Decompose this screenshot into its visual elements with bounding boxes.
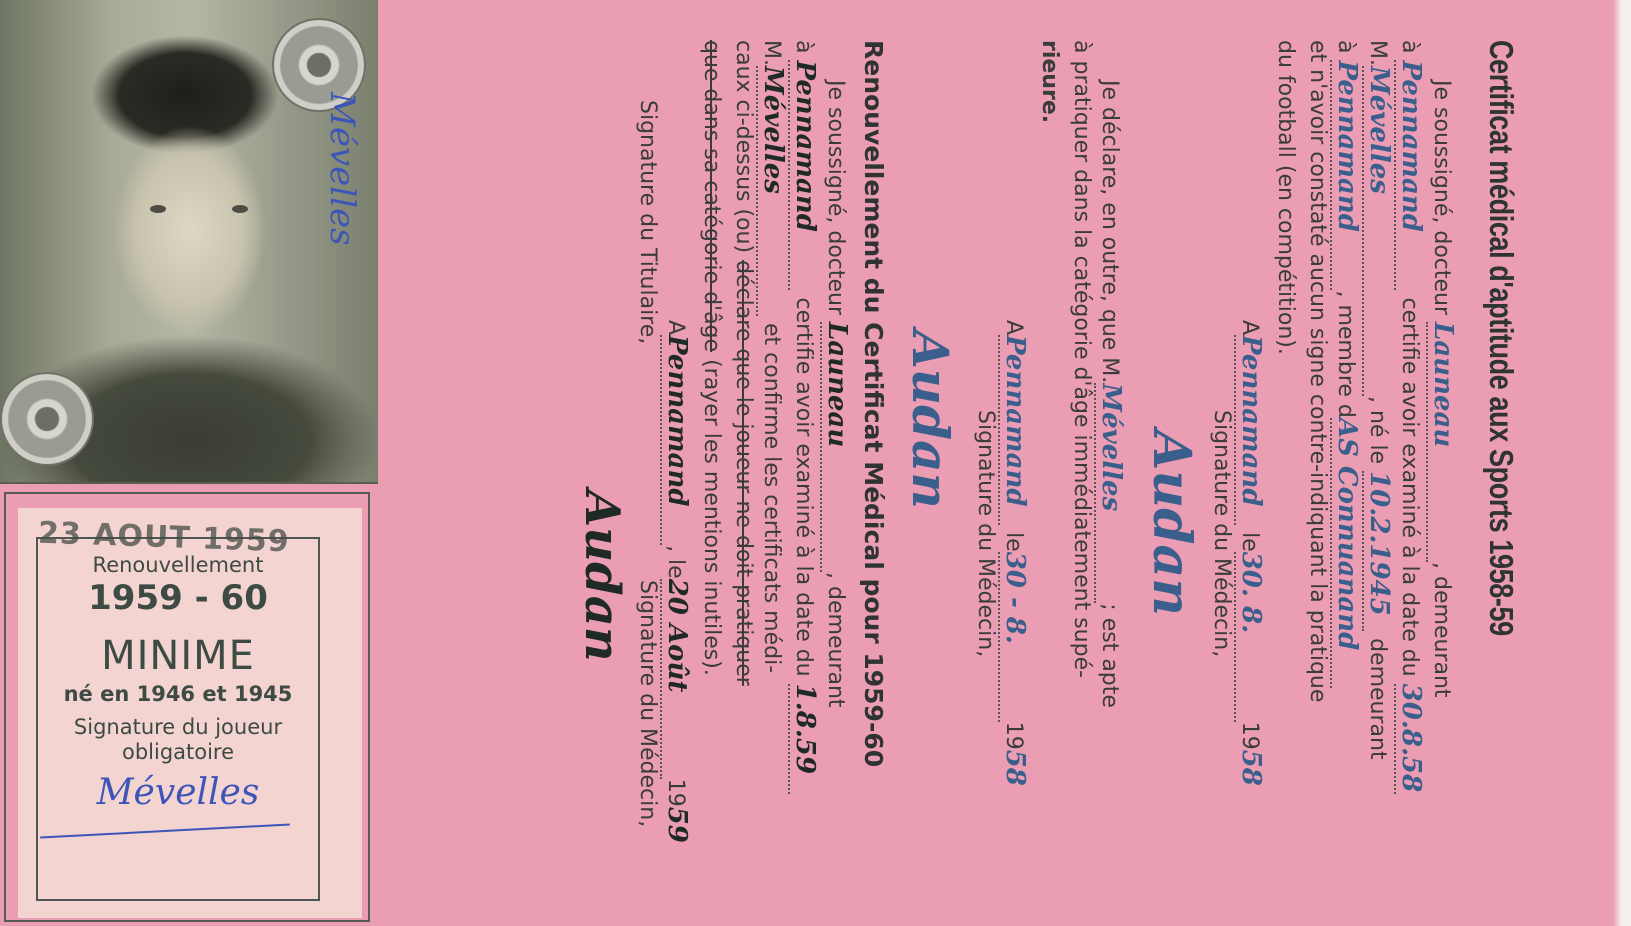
card-edge — [1613, 0, 1622, 926]
doctor-signature-label: Signature du Médecin, — [1209, 410, 1234, 657]
player-city-field: Pennamand — [1330, 60, 1362, 290]
signing-place-field: Pennamand — [1234, 335, 1266, 525]
renewal-player-field: Mévelles — [756, 66, 788, 316]
declaration-line-3: rieure. — [1037, 40, 1062, 123]
cert-line-5: et n'avoir constaté aucun signe contre-i… — [1305, 40, 1330, 702]
cert-line-1: Je soussigné, docteur Launeau, demeurant — [1426, 80, 1458, 698]
doctor-city-field: Pennamand — [1394, 60, 1426, 290]
doctor-name-field: Launeau — [1426, 322, 1458, 562]
player-name-field: Mévelles — [1362, 66, 1394, 396]
doctor-signature: Audan — [1141, 430, 1202, 616]
holder-signature-label: Signature du Titulaire, — [635, 100, 660, 344]
birth-date-field: 10.2.1945 — [1362, 471, 1394, 631]
renewal-doctor-field: Launeau — [820, 322, 852, 572]
certificate-text: Certificat médical d'aptitude aux Sports… — [440, 40, 1520, 900]
declaration-date-field: 30 - 8. — [998, 552, 1030, 722]
renewal-city-field: Pennamand — [788, 60, 820, 290]
signing-date-field: 30. 8. — [1234, 552, 1266, 722]
renewal-line-1: Je soussigné, docteur Launeau, demeurant — [820, 80, 852, 708]
declaration-place-field: Pennamand — [998, 335, 1030, 525]
player-signature-label: Signature du joueur obligatoire — [36, 715, 320, 765]
declaration-signature: Audan — [901, 330, 960, 509]
cert-line-3: M.Mévelles, né le 10.2.1945 demeurant — [1362, 40, 1394, 760]
cert-line-2: à Pennamand certifie avoir examiné à la … — [1394, 40, 1426, 794]
certificate-title: Certificat médical d'aptitude aux Sports… — [1482, 40, 1520, 636]
declaration-player-field: Mévelles — [1094, 383, 1126, 603]
renewal-place-field: Pennamand — [660, 335, 692, 545]
eye — [150, 205, 166, 213]
medical-certificate-card: Mévelles 23 AOUT 1959 Renouvellement 195… — [0, 0, 1622, 926]
renewal-line-4: caux ci-dessus (ou) déclare que le joueu… — [731, 40, 756, 686]
renewal-line-6: APennamand, le20 Août1959 — [660, 320, 692, 843]
player-signature: Mévelles — [36, 772, 320, 813]
renewal-season: 1959 - 60 — [36, 578, 320, 618]
rivet-icon — [0, 372, 94, 466]
declaration-line-2: à pratiquer dans la catégorie d'âge immé… — [1069, 40, 1094, 678]
renewal-doctor-signature-label: Signature du Médecin, — [635, 580, 660, 827]
player-category: MINIME — [36, 633, 320, 679]
cert-line-4: à Pennamand, membre dAS Connuanand — [1330, 40, 1362, 688]
exam-date-field: 30.8.58 — [1394, 684, 1426, 794]
club-field: AS Connuanand — [1330, 418, 1362, 688]
eye — [232, 205, 248, 213]
renewal-exam-date-field: 1.8.59 — [788, 684, 820, 794]
declaration-signature-label: Signature du Médecin, — [973, 410, 998, 657]
side-signature: Mévelles — [322, 92, 362, 246]
renewal-line-2: à Pennamand certifie avoir examiné à la … — [788, 40, 820, 794]
renewal-line-5: que dans sa catégorie d'âge (rayer les m… — [699, 40, 724, 676]
declaration-line-1: Je déclare, en outre, que M.Mévelles; es… — [1094, 80, 1126, 708]
declaration-line-4: APennamand le30 - 8.1958 — [998, 320, 1030, 786]
renewal-doctor-signature: Audan — [574, 490, 630, 662]
birth-years: né en 1946 et 1945 — [36, 682, 320, 706]
renewal-label: Renouvellement — [36, 553, 320, 577]
renewal-line-3: M.Mévelles et confirme les certificats m… — [756, 40, 788, 673]
renewal-date-field: 20 Août — [660, 579, 692, 779]
renewal-title: Renouvellement du Certificat Médical pou… — [859, 40, 888, 767]
cert-line-6: du football (en compétition). — [1273, 40, 1298, 355]
cert-line-7: APennamand le30. 8.1958 — [1234, 320, 1266, 786]
